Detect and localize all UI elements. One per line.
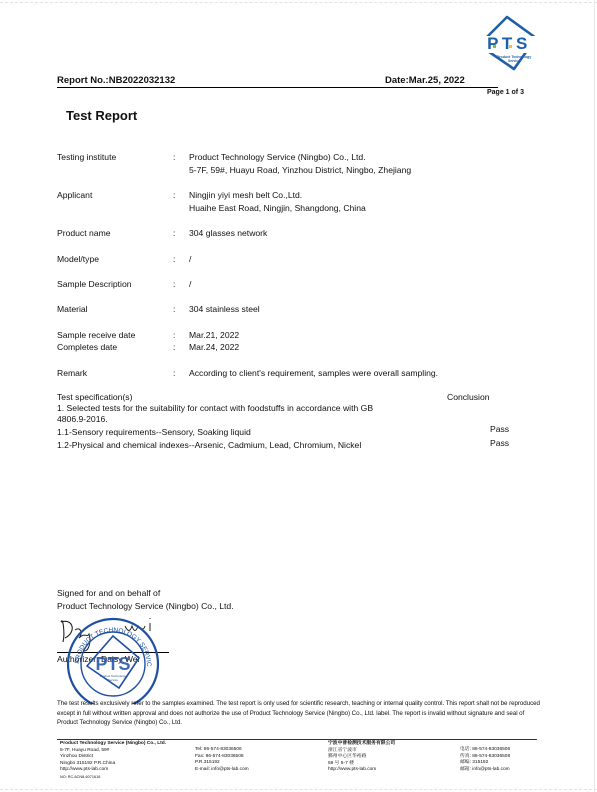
report-number: Report No.:NB2022032132: [57, 75, 175, 86]
field-colon: :: [173, 341, 175, 354]
footer-email-link-cn[interactable]: 邮箱: info@pts-lab.com: [460, 767, 510, 774]
test-specification-section: Test specification(s) Conclusion 1. Sele…: [57, 392, 502, 451]
test-report-page: P T S Product Technology Service Report …: [0, 0, 597, 792]
field-value: /: [189, 253, 191, 266]
footer-english-address: Product Technology Service (Ningbo) Co.,…: [60, 741, 166, 781]
page-number: Page 1 of 3: [487, 89, 524, 96]
spec-item-result: Pass: [490, 424, 509, 435]
footer-address-line: Yinzhou District: [60, 754, 166, 761]
footer-address-line-cn: 鄞州中心区华裕路: [328, 754, 395, 761]
field-label: Model/type: [57, 253, 99, 266]
spec-item-result: Pass: [490, 438, 509, 449]
field-label: Sample Description: [57, 278, 132, 291]
footer-postcode: P.R.315192: [195, 760, 249, 767]
company-seal-icon: PTS Product Technology Service PRODUCT T…: [55, 614, 185, 704]
svg-text:P T S: P T S: [487, 34, 527, 53]
report-date: Date:Mar.25, 2022: [385, 75, 465, 86]
svg-text:Service: Service: [108, 678, 118, 682]
signed-line: Signed for and on behalf of: [57, 587, 234, 600]
footer-divider: [57, 739, 537, 740]
footer-chinese-contact: 电话: 86-574-83036506 传真: 86-574-83036508 …: [460, 747, 510, 773]
field-value: /: [189, 278, 191, 291]
field-colon: :: [173, 367, 175, 380]
field-label: Product name: [57, 227, 111, 240]
footer-website-link-cn[interactable]: http://www.pts-lab.com: [328, 767, 395, 774]
svg-text:Service: Service: [508, 59, 520, 63]
field-value: 304 stainless steel: [189, 303, 260, 316]
field-colon: :: [173, 189, 175, 202]
field-colon: :: [173, 227, 175, 240]
signed-on-behalf: Signed for and on behalf of Product Tech…: [57, 587, 234, 613]
spec-intro-line: 1. Selected tests for the suitability fo…: [57, 403, 502, 414]
signed-company: Product Technology Service (Ningbo) Co.,…: [57, 600, 234, 613]
spec-item-row: 1.1-Sensory requirements--Sensory, Soaki…: [57, 427, 502, 440]
spec-item-row: 1.2-Physical and chemical indexes--Arsen…: [57, 440, 502, 451]
field-colon: :: [173, 253, 175, 266]
spec-item-text: 1.2-Physical and chemical indexes--Arsen…: [57, 440, 361, 450]
footer-email-link[interactable]: E-mail: info@pts-lab.com: [195, 767, 249, 774]
footer-english-contact: Tel: 86-574-83036506 Fax: 86-574-8303650…: [195, 747, 249, 773]
disclaimer-text: The test results exclusively refer to th…: [57, 699, 542, 728]
page-title: Test Report: [66, 108, 137, 123]
field-label: Material: [57, 303, 88, 316]
spec-heading: Test specification(s): [57, 392, 132, 402]
field-value: Mar.24, 2022: [189, 341, 239, 354]
field-value: 5-7F, 59#, Huayu Road, Yinzhou District,…: [189, 164, 411, 177]
field-colon: :: [173, 151, 175, 164]
footer-chinese-address: 宁波中普检测技术服务有限公司 浙江省宁波市 鄞州中心区华裕路 59 号 5-7 …: [328, 741, 395, 774]
pts-logo-icon: P T S Product Technology Service: [474, 14, 540, 72]
footer-tel-cn: 电话: 86-574-83036506: [460, 747, 510, 754]
field-label: Completes date: [57, 341, 117, 354]
page-top-edge: [0, 2, 597, 3]
footer-website-link[interactable]: http://www.pts-lab.com: [60, 767, 166, 774]
footer-company-cn: 宁波中普检测技术服务有限公司: [328, 741, 395, 746]
page-right-edge: [594, 0, 595, 792]
header-divider: [57, 87, 498, 88]
svg-text:PTS: PTS: [95, 654, 130, 674]
field-value: Ningjin yiyi mesh belt Co.,Ltd.: [189, 189, 302, 202]
field-value: Huaihe East Road, Ningjin, Shangdong, Ch…: [189, 202, 366, 215]
field-value: According to client's requirement, sampl…: [189, 367, 438, 380]
field-value: 304 glasses network: [189, 227, 267, 240]
field-label: Applicant: [57, 189, 92, 202]
page-bottom-edge: [0, 789, 597, 790]
field-label: Testing institute: [57, 151, 116, 164]
footer-company: Product Technology Service (Ningbo) Co.,…: [60, 741, 166, 746]
spec-item-text: 1.1-Sensory requirements--Sensory, Soaki…: [57, 427, 251, 437]
field-label: Remark: [57, 367, 87, 380]
conclusion-heading: Conclusion: [447, 392, 490, 403]
footer-tel: Tel: 86-574-83036506: [195, 747, 249, 754]
footer-cert-number: NO: RC-6CN8-6071616: [60, 774, 166, 781]
field-value: Product Technology Service (Ningbo) Co.,…: [189, 151, 366, 164]
spec-intro-line: 4806.9-2016.: [57, 414, 502, 425]
field-colon: :: [173, 303, 175, 316]
spec-header-row: Test specification(s) Conclusion: [57, 392, 502, 403]
field-colon: :: [173, 278, 175, 291]
footer-postcode-cn: 邮编: 315192: [460, 760, 510, 767]
